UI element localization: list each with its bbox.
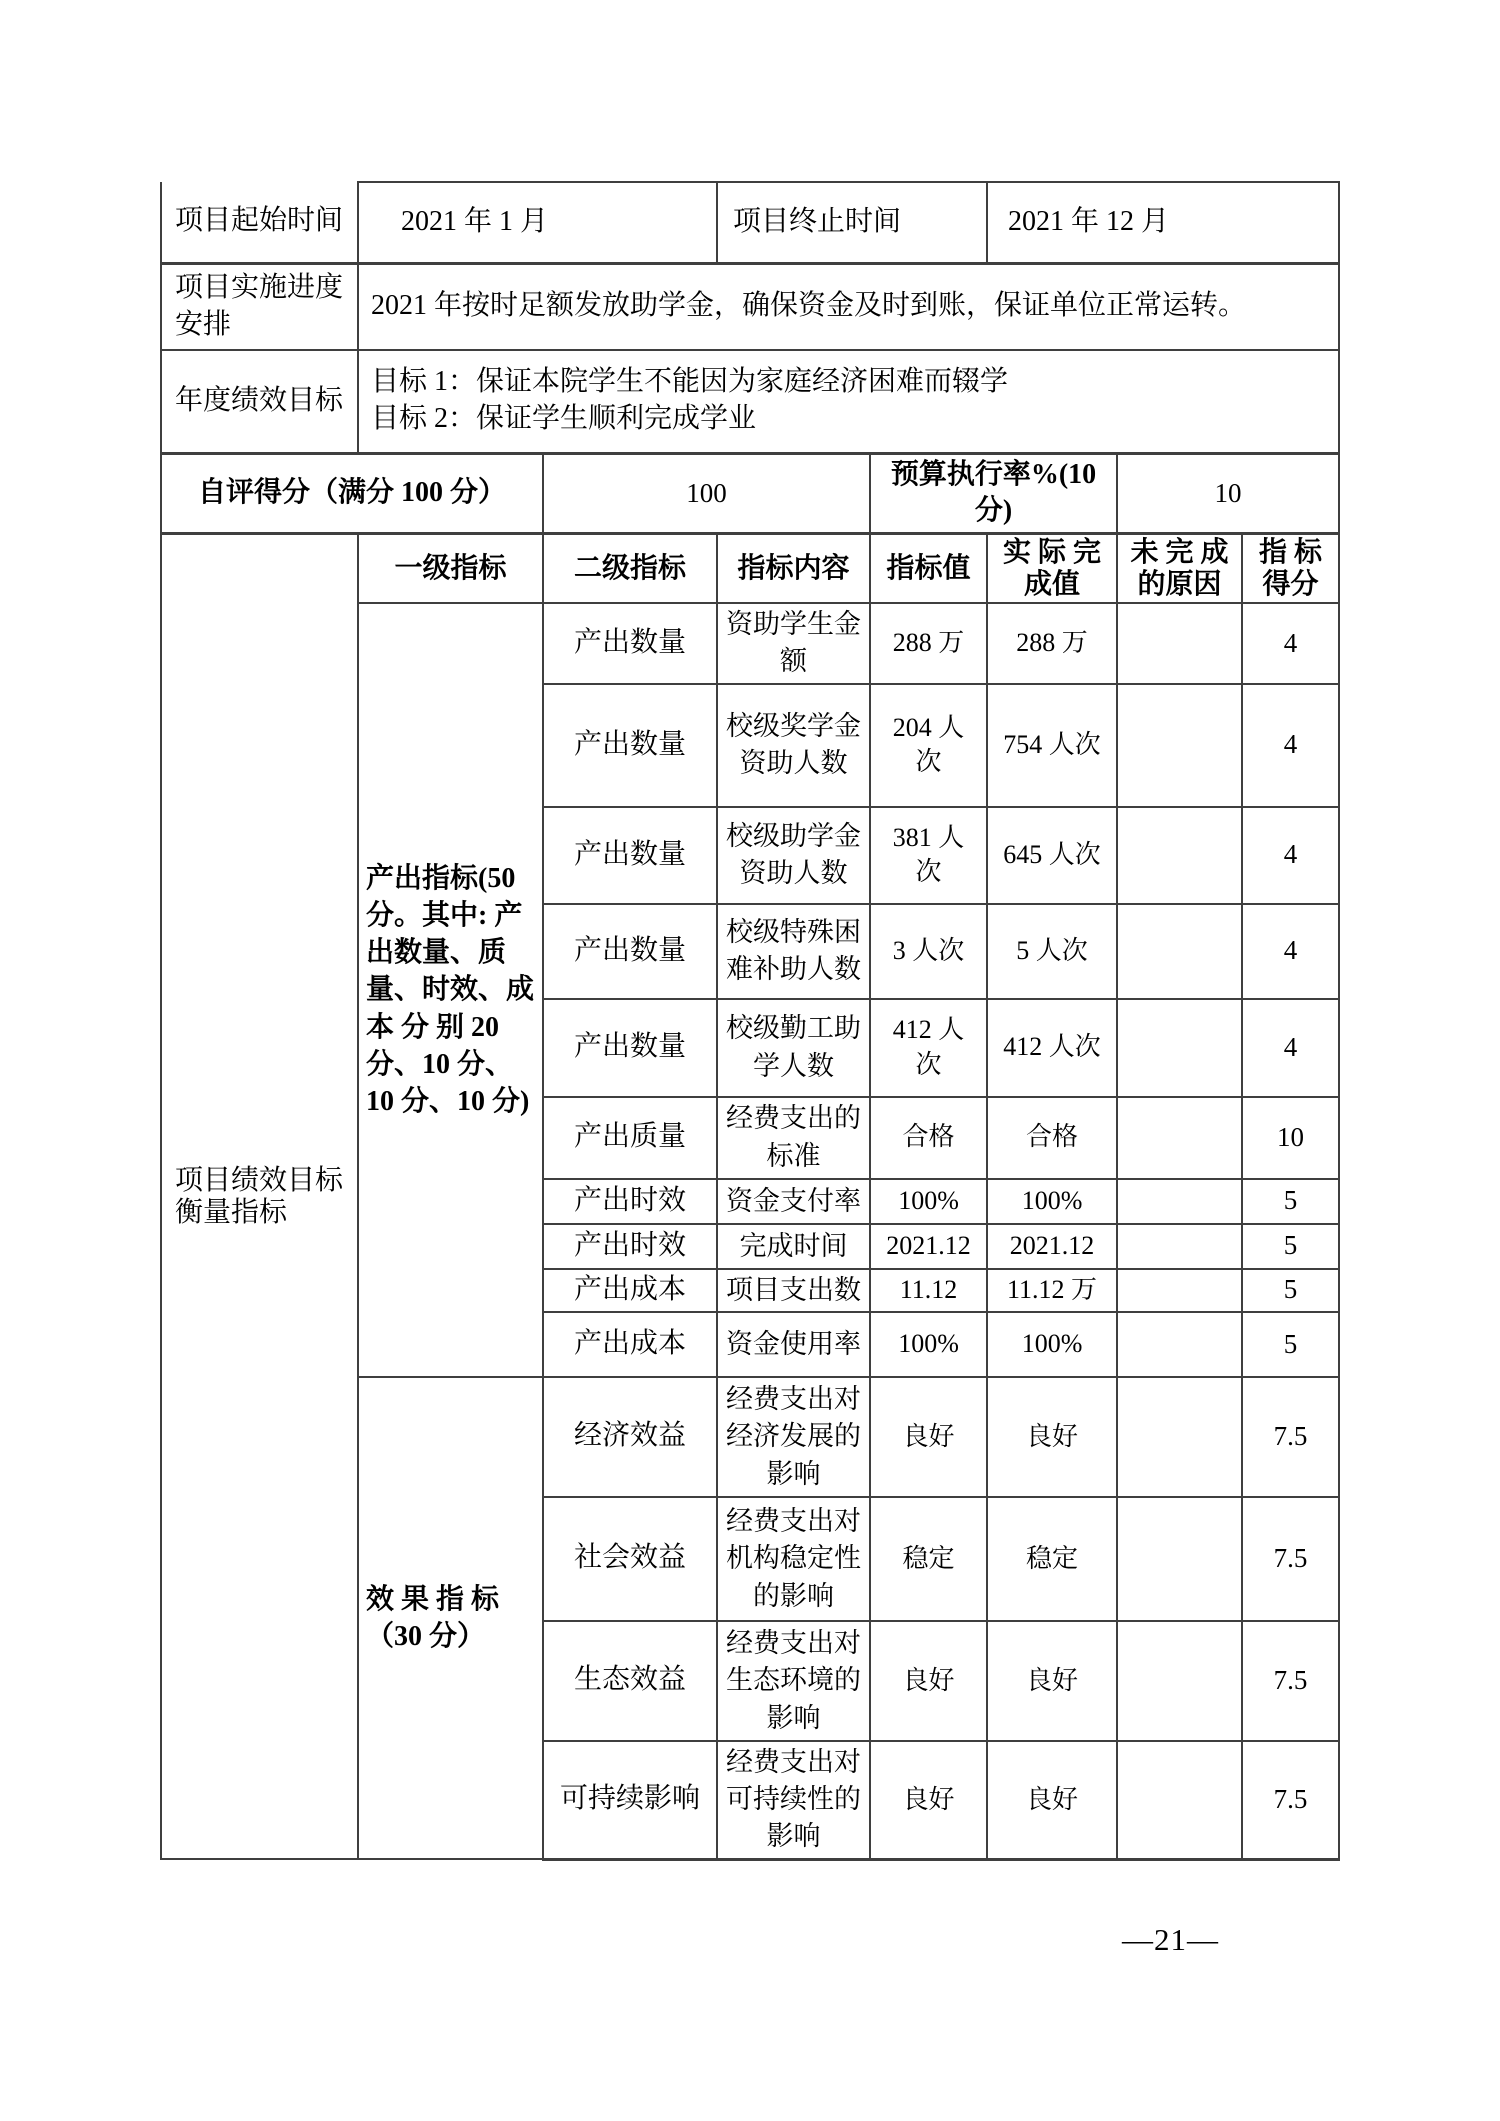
cell-actual: 645 人次: [987, 807, 1117, 904]
cell-score: 10: [1242, 1097, 1339, 1179]
project-start-label: 项目起始时间: [161, 182, 358, 263]
cell-actual: 11.12 万: [987, 1269, 1117, 1312]
cell-content: 经费支出的 标准: [717, 1097, 870, 1179]
cell-actual: 良好: [987, 1741, 1117, 1859]
cell-score: 7.5: [1242, 1621, 1339, 1741]
cell-content: 校级特殊困 难补助人数: [717, 904, 870, 999]
project-start-value: 2021 年 1 月: [358, 182, 717, 263]
cell-score: 5: [1242, 1179, 1339, 1224]
header-score: 指 标 得分: [1242, 534, 1339, 603]
cell-score: 4: [1242, 904, 1339, 999]
cell-reason: [1117, 1621, 1242, 1741]
schedule-value: 2021 年按时足额发放助学金，确保资金及时到账，保证单位正常运转。: [358, 263, 1339, 350]
cell-reason: [1117, 1741, 1242, 1859]
cell-content: 校级勤工助 学人数: [717, 999, 870, 1097]
cell-actual: 5 人次: [987, 904, 1117, 999]
cell-target: 合格: [870, 1097, 987, 1179]
cell-target: 288 万: [870, 603, 987, 684]
cell-level2: 产出数量: [543, 684, 717, 807]
annual-goal-label: 年度绩效目标: [161, 350, 358, 453]
budget-rate-label: 预算执行率%(10 分): [870, 453, 1117, 534]
cell-actual: 412 人次: [987, 999, 1117, 1097]
cell-reason: [1117, 684, 1242, 807]
cell-content: 资金使用率: [717, 1312, 870, 1377]
cell-score: 7.5: [1242, 1377, 1339, 1497]
cell-actual: 良好: [987, 1621, 1117, 1741]
cell-content: 经费支出对 生态环境的 影响: [717, 1621, 870, 1741]
cell-reason: [1117, 1497, 1242, 1621]
cell-actual: 100%: [987, 1312, 1117, 1377]
self-score-label: 自评得分（满分 100 分）: [161, 453, 543, 534]
cell-level2: 产出成本: [543, 1312, 717, 1377]
schedule-label: 项目实施进度安排: [161, 263, 358, 350]
row-annual-goal: 年度绩效目标 目标 1：保证本院学生不能因为家庭经济困难而辍学 目标 2：保证学…: [161, 350, 1339, 453]
self-score-value: 100: [543, 453, 870, 534]
group-effect-label: 效 果 指 标 （30 分）: [358, 1377, 543, 1859]
row-schedule: 项目实施进度安排 2021 年按时足额发放助学金，确保资金及时到账，保证单位正常…: [161, 263, 1339, 350]
cell-target: 3 人次: [870, 904, 987, 999]
cell-score: 5: [1242, 1312, 1339, 1377]
cell-content: 经费支出对 经济发展的 影响: [717, 1377, 870, 1497]
cell-level2: 产出时效: [543, 1224, 717, 1269]
row-project-dates: 项目起始时间 2021 年 1 月 项目终止时间 2021 年 12 月: [161, 182, 1339, 263]
cell-target: 稳定: [870, 1497, 987, 1621]
measure-indicator-label: 项目绩效目标 衡量指标: [161, 534, 358, 1859]
performance-table: 项目起始时间 2021 年 1 月 项目终止时间 2021 年 12 月 项目实…: [160, 181, 1340, 1861]
cell-target: 良好: [870, 1377, 987, 1497]
cell-reason: [1117, 1224, 1242, 1269]
header-target: 指标值: [870, 534, 987, 603]
cell-level2: 产出时效: [543, 1179, 717, 1224]
cell-reason: [1117, 1097, 1242, 1179]
cell-score: 4: [1242, 684, 1339, 807]
annual-goal-value: 目标 1：保证本院学生不能因为家庭经济困难而辍学 目标 2：保证学生顺利完成学业: [358, 350, 1339, 453]
cell-reason: [1117, 999, 1242, 1097]
indicator-header-row: 项目绩效目标 衡量指标 一级指标 二级指标 指标内容 指标值 实 际 完 成值 …: [161, 534, 1339, 603]
header-level2: 二级指标: [543, 534, 717, 603]
header-actual: 实 际 完 成值: [987, 534, 1117, 603]
cell-content: 经费支出对 机构稳定性 的影响: [717, 1497, 870, 1621]
cell-level2: 产出质量: [543, 1097, 717, 1179]
cell-content: 经费支出对 可持续性的 影响: [717, 1741, 870, 1859]
cell-level2: 经济效益: [543, 1377, 717, 1497]
cell-level2: 产出数量: [543, 904, 717, 999]
row-self-score: 自评得分（满分 100 分） 100 预算执行率%(10 分) 10: [161, 453, 1339, 534]
cell-content: 资金支付率: [717, 1179, 870, 1224]
cell-target: 11.12: [870, 1269, 987, 1312]
cell-content: 校级奖学金 资助人数: [717, 684, 870, 807]
cell-score: 5: [1242, 1224, 1339, 1269]
cell-actual: 288 万: [987, 603, 1117, 684]
header-content: 指标内容: [717, 534, 870, 603]
cell-score: 4: [1242, 999, 1339, 1097]
cell-actual: 2021.12: [987, 1224, 1117, 1269]
cell-reason: [1117, 1179, 1242, 1224]
cell-level2: 可持续影响: [543, 1741, 717, 1859]
cell-score: 5: [1242, 1269, 1339, 1312]
cell-level2: 社会效益: [543, 1497, 717, 1621]
cell-target: 100%: [870, 1179, 987, 1224]
cell-score: 4: [1242, 603, 1339, 684]
cell-level2: 产出数量: [543, 807, 717, 904]
cell-reason: [1117, 904, 1242, 999]
project-end-value: 2021 年 12 月: [987, 182, 1339, 263]
cell-target: 381 人 次: [870, 807, 987, 904]
project-end-label: 项目终止时间: [717, 182, 987, 263]
cell-content: 项目支出数: [717, 1269, 870, 1312]
cell-reason: [1117, 1312, 1242, 1377]
group-output-label: 产出指标(50 分。其中: 产 出数量、质 量、时效、成 本 分 别 20 分、…: [358, 603, 543, 1377]
cell-actual: 稳定: [987, 1497, 1117, 1621]
cell-reason: [1117, 1377, 1242, 1497]
header-level1: 一级指标: [358, 534, 543, 603]
cell-target: 100%: [870, 1312, 987, 1377]
cell-content: 资助学生金 额: [717, 603, 870, 684]
cell-target: 204 人 次: [870, 684, 987, 807]
cell-level2: 产出成本: [543, 1269, 717, 1312]
cell-target: 2021.12: [870, 1224, 987, 1269]
cell-reason: [1117, 807, 1242, 904]
cell-level2: 产出数量: [543, 603, 717, 684]
cell-reason: [1117, 603, 1242, 684]
cell-reason: [1117, 1269, 1242, 1312]
page-number: —21—: [1122, 1922, 1219, 1958]
cell-actual: 合格: [987, 1097, 1117, 1179]
cell-target: 412 人 次: [870, 999, 987, 1097]
cell-actual: 良好: [987, 1377, 1117, 1497]
cell-level2: 产出数量: [543, 999, 717, 1097]
budget-rate-value: 10: [1117, 453, 1339, 534]
cell-target: 良好: [870, 1741, 987, 1859]
cell-actual: 754 人次: [987, 684, 1117, 807]
cell-level2: 生态效益: [543, 1621, 717, 1741]
cell-actual: 100%: [987, 1179, 1117, 1224]
cell-content: 完成时间: [717, 1224, 870, 1269]
cell-target: 良好: [870, 1621, 987, 1741]
cell-content: 校级助学金 资助人数: [717, 807, 870, 904]
cell-score: 7.5: [1242, 1741, 1339, 1859]
cell-score: 7.5: [1242, 1497, 1339, 1621]
header-reason: 未 完 成 的原因: [1117, 534, 1242, 603]
cell-score: 4: [1242, 807, 1339, 904]
